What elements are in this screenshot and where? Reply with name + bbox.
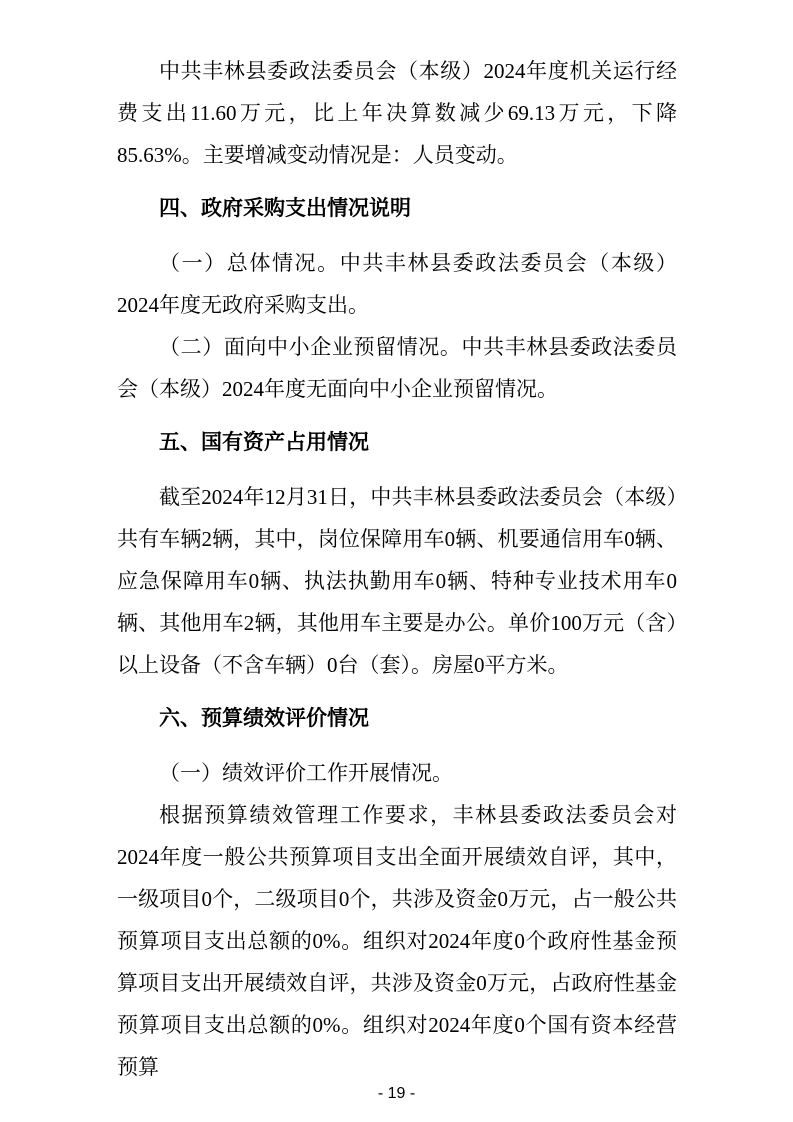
document-page: 中共丰林县委政法委员会（本级）2024年度机关运行经费支出11.60万元，比上年…	[0, 0, 793, 1122]
section-heading-state-assets: 五、国有资产占用情况	[117, 422, 677, 464]
section-heading-government-procurement: 四、政府采购支出情况说明	[117, 188, 677, 230]
paragraph-state-assets-occupancy: 截至2024年12月31日，中共丰林县委政法委员会（本级）共有车辆2辆，其中，岗…	[117, 476, 677, 686]
page-number: - 19 -	[0, 1083, 793, 1105]
paragraph-procurement-overall: （一）总体情况。中共丰林县委政法委员会（本级）2024年度无政府采购支出。	[117, 242, 677, 326]
paragraph-performance-evaluation-subheading: （一）绩效评价工作开展情况。	[117, 752, 677, 794]
paragraph-performance-self-evaluation: 根据预算绩效管理工作要求，丰林县委政法委员会对2024年度一般公共预算项目支出全…	[117, 794, 677, 1088]
document-body: 中共丰林县委政法委员会（本级）2024年度机关运行经费支出11.60万元，比上年…	[117, 50, 677, 1088]
section-heading-budget-performance: 六、预算绩效评价情况	[117, 698, 677, 740]
paragraph-operating-expenses: 中共丰林县委政法委员会（本级）2024年度机关运行经费支出11.60万元，比上年…	[117, 50, 677, 176]
paragraph-sme-reservation: （二）面向中小企业预留情况。中共丰林县委政法委员会（本级）2024年度无面向中小…	[117, 326, 677, 410]
